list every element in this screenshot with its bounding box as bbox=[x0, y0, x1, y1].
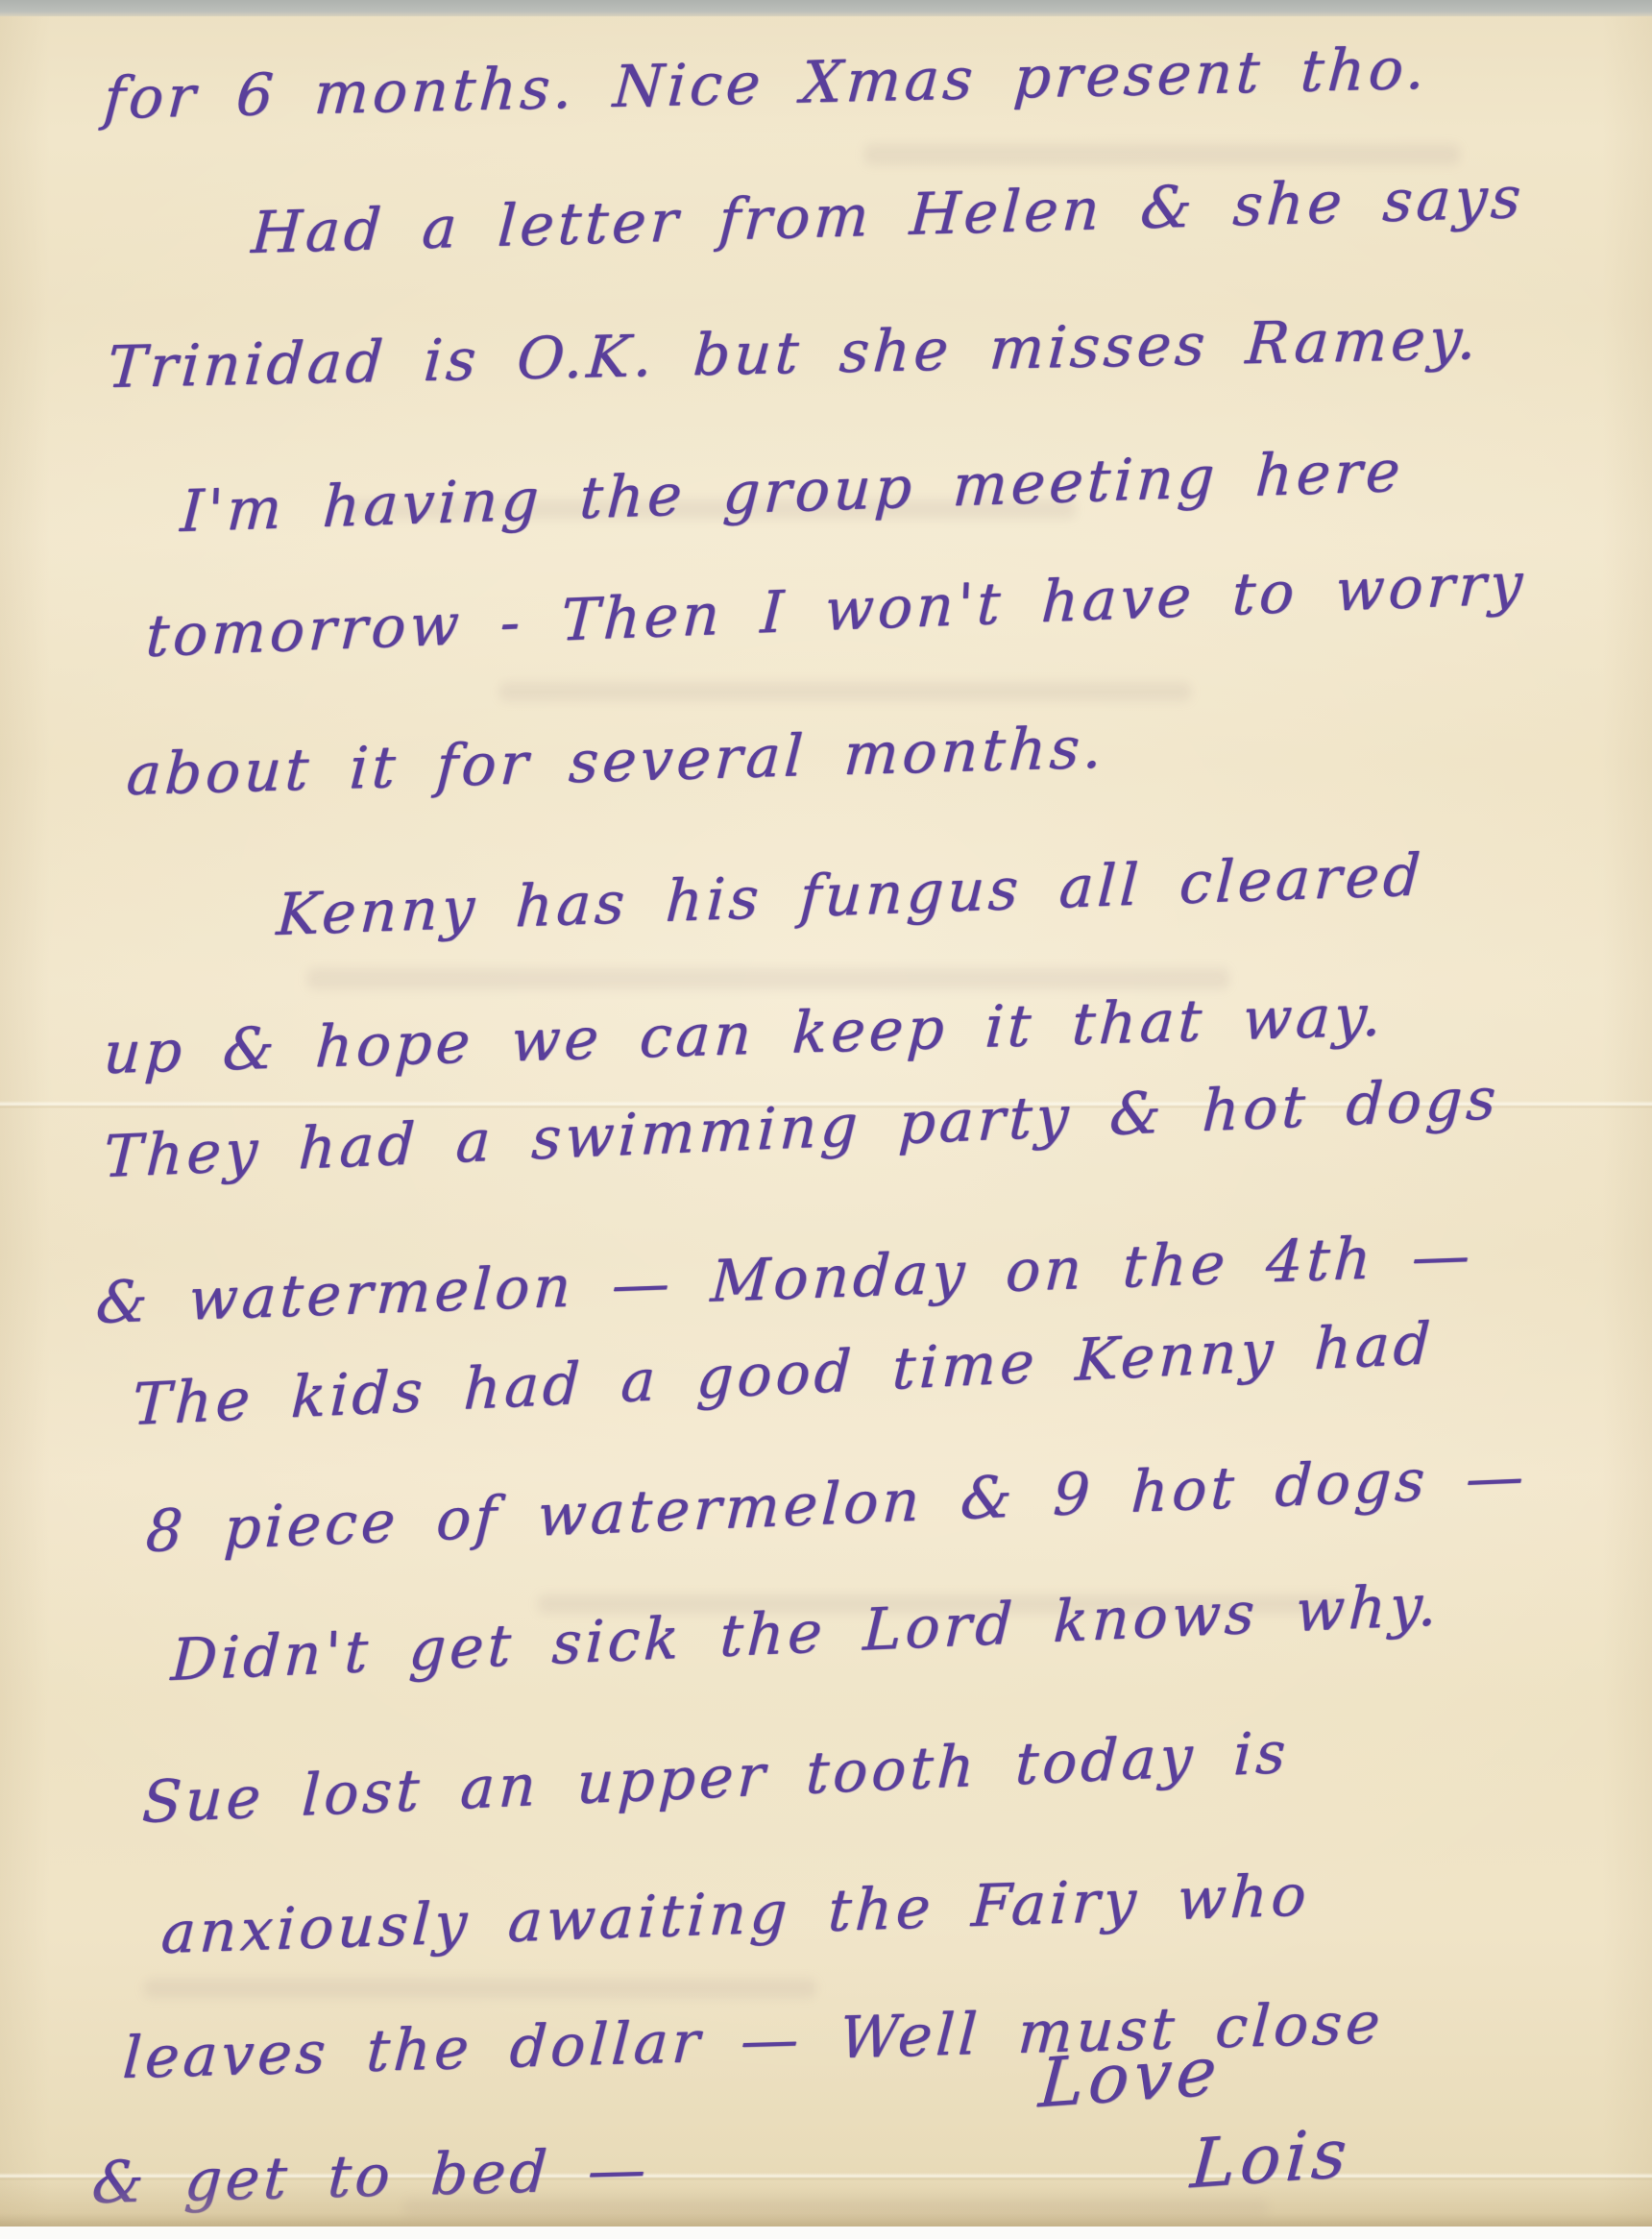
letter-page: for 6 months. Nice Xmas present tho. Had… bbox=[0, 0, 1652, 2239]
scanner-edge-bottom bbox=[0, 2227, 1652, 2239]
signature-closing: Love bbox=[1036, 2031, 1224, 2123]
scanner-edge-top bbox=[0, 0, 1652, 16]
paper-bottom-edge bbox=[0, 2182, 1652, 2227]
